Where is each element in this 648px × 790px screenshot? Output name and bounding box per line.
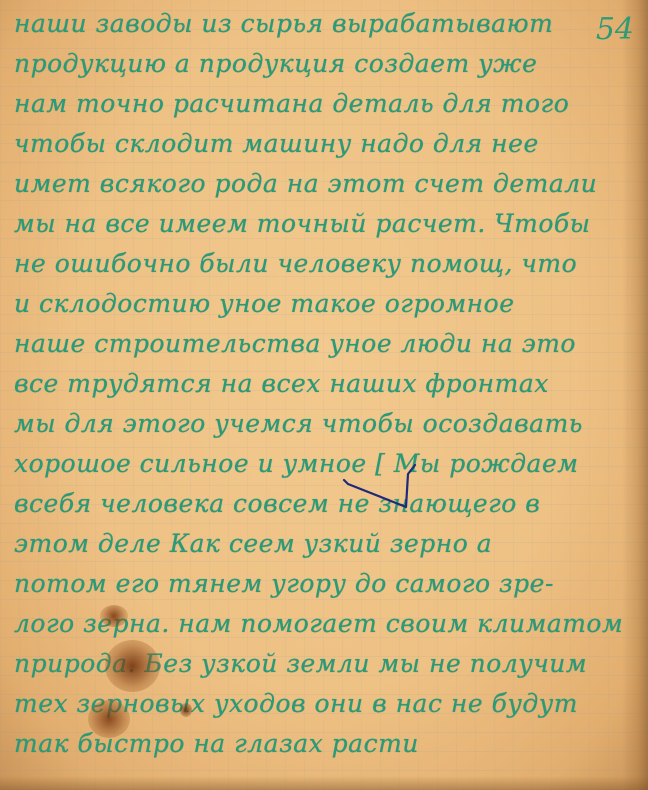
rust-stain bbox=[180, 703, 192, 717]
text-line: не ошибочно были человеку помощ, что bbox=[14, 244, 608, 284]
text-line: хорошое сильное и умное [ Мы рождаем bbox=[14, 444, 608, 484]
text-line: потом его тянем угору до самого зре- bbox=[14, 564, 608, 604]
rust-stain bbox=[100, 605, 128, 627]
text-line: все трудятся на всех наших фронтах bbox=[14, 364, 608, 404]
rust-stain bbox=[88, 700, 130, 738]
page-edge-shadow bbox=[622, 0, 648, 790]
text-line: продукцию а продукция создает уже bbox=[14, 44, 608, 84]
text-line: имет всякого рода на этот счет детали bbox=[14, 164, 608, 204]
text-line: наши заводы из сырья вырабатывают bbox=[14, 4, 608, 44]
page-bottom-shadow bbox=[0, 776, 648, 790]
text-line: этом деле Как сеем узкий зерно а bbox=[14, 524, 608, 564]
text-line: чтобы склодит машину надо для нее bbox=[14, 124, 608, 164]
text-line: мы на все имеем точный расчет. Чтобы bbox=[14, 204, 608, 244]
manuscript-page: 54 наши заводы из сырья вырабатывают про… bbox=[0, 0, 648, 790]
text-line: наше строительства уное люди на это bbox=[14, 324, 608, 364]
text-line: нам точно расчитана деталь для того bbox=[14, 84, 608, 124]
rust-stain bbox=[105, 640, 160, 692]
text-line: и склодостию уное такое огромное bbox=[14, 284, 608, 324]
handwritten-text: наши заводы из сырья вырабатывают продук… bbox=[14, 4, 608, 764]
text-line: природа. Без узкой земли мы не получим bbox=[14, 644, 608, 684]
text-line: всебя человека совсем не знающего в bbox=[14, 484, 608, 524]
bracket-mark-icon bbox=[318, 462, 438, 522]
text-line: мы для этого учемся чтобы осоздавать bbox=[14, 404, 608, 444]
